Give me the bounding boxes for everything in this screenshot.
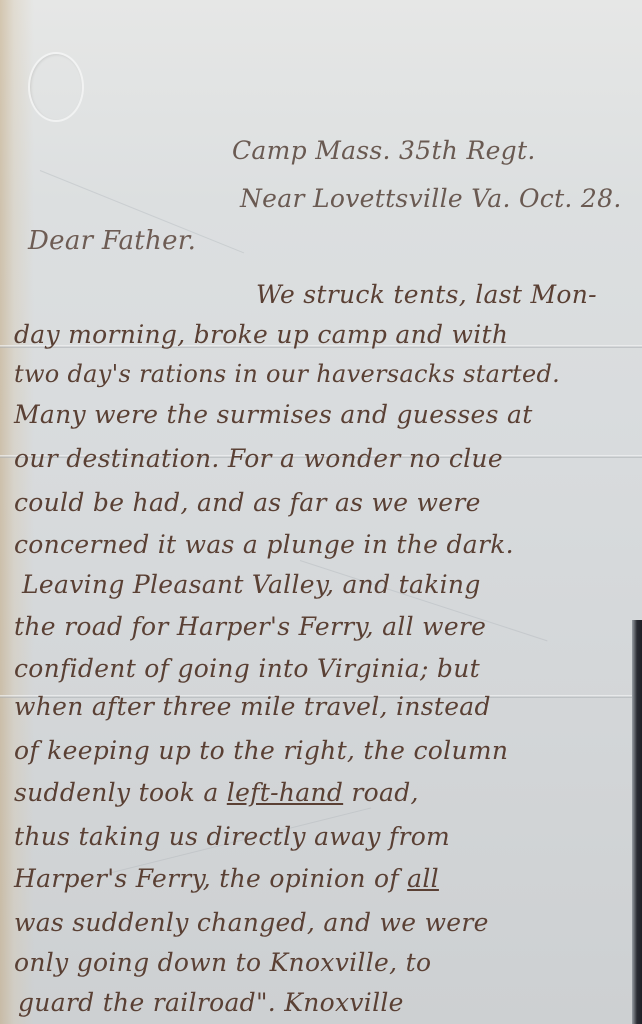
letter-body-line: Many were the surmises and guesses at [14, 402, 533, 427]
letter-body-line: concerned it was a plunge in the dark. [14, 532, 514, 557]
letter-heading-camp: Camp Mass. 35th Regt. [232, 138, 536, 163]
letter-body-line: Leaving Pleasant Valley, and taking [22, 572, 481, 597]
letter-body-line: suddenly took a left-hand road, [14, 780, 419, 805]
page-edge-shadow [632, 620, 642, 1024]
letter-heading-location-date: Near Lovettsville Va. Oct. 28. [240, 186, 622, 211]
letter-page: Camp Mass. 35th Regt. Near Lovettsville … [0, 0, 642, 1024]
letter-body-line: was suddenly changed, and we were [14, 910, 489, 935]
letter-salutation: Dear Father. [28, 228, 196, 254]
letter-body-line: of keeping up to the right, the column [14, 738, 508, 763]
text-fragment: Harper's Ferry, the opinion of [14, 864, 407, 893]
letter-body-line: the road for Harper's Ferry, all were [14, 614, 486, 639]
text-fragment: road, [343, 778, 419, 807]
letter-body-line: could be had, and as far as we were [14, 490, 481, 515]
embossed-stationery-mark [28, 52, 84, 122]
letter-body-line: Harper's Ferry, the opinion of all [14, 866, 439, 891]
letter-body-line: our destination. For a wonder no clue [14, 446, 503, 471]
text-fragment: suddenly took a [14, 778, 227, 807]
letter-body-line: when after three mile travel, instead [14, 694, 491, 719]
underlined-word-left-hand: left-hand [227, 778, 343, 807]
letter-body-line: only going down to Knoxville, to [14, 950, 431, 975]
letter-body-line: day morning, broke up camp and with [14, 322, 508, 347]
letter-body-line: thus taking us directly away from [14, 824, 450, 849]
underlined-word-all: all [407, 864, 439, 893]
letter-body-line: two day's rations in our haversacks star… [14, 362, 560, 386]
letter-body-line: We struck tents, last Mon- [256, 282, 597, 307]
letter-body-line: guard the railroad". Knoxville [18, 990, 404, 1015]
letter-body-line: confident of going into Virginia; but [14, 656, 480, 681]
